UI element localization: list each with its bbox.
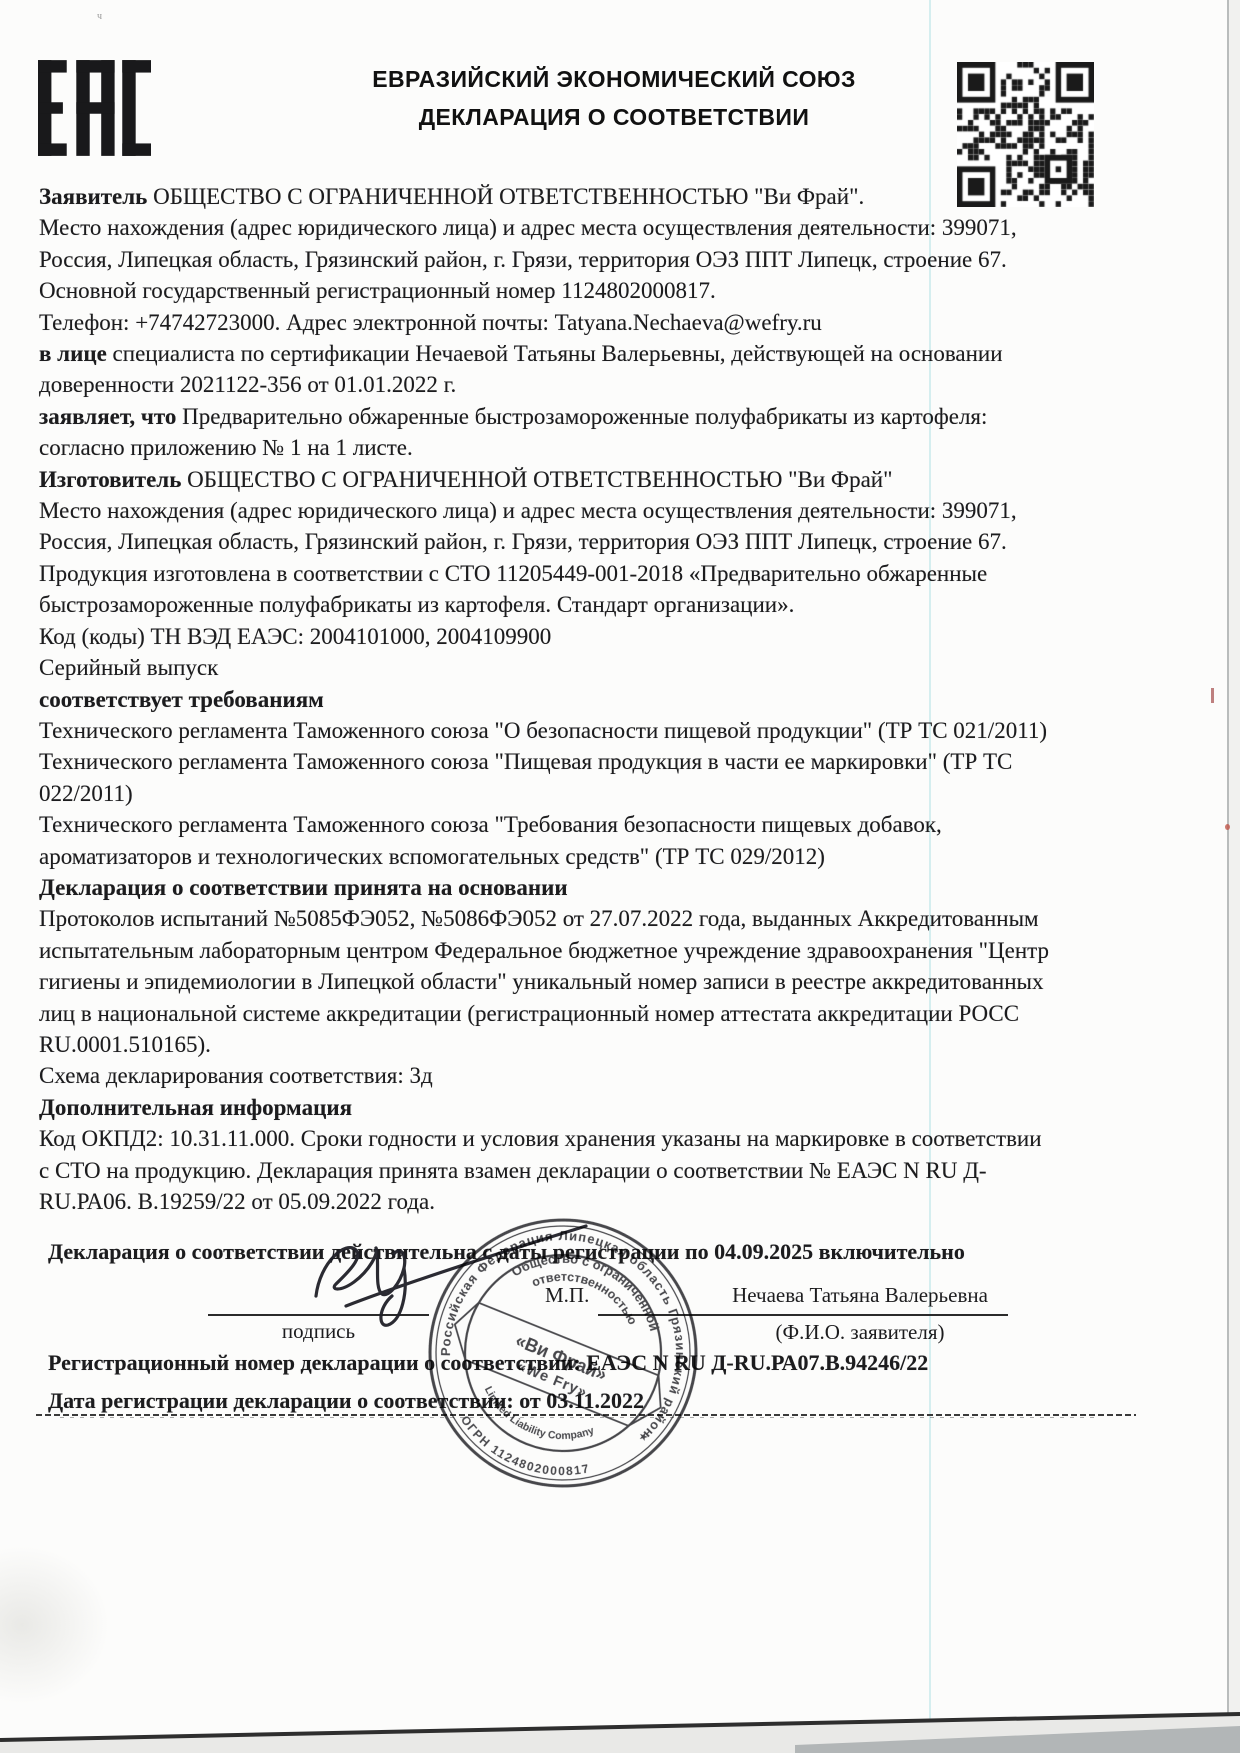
body-line: Серийный выпуск xyxy=(39,652,1119,683)
body-line: лиц в национальной системе аккредитации … xyxy=(39,998,1119,1029)
body-line: в лице специалиста по сертификации Нечае… xyxy=(39,338,1119,369)
body-line: Продукция изготовлена в соответствии с С… xyxy=(39,558,1119,589)
body-line: Декларация о соответствии принята на осн… xyxy=(39,872,1119,903)
stamp-outer-arc-top: Российская Федерация Липецкая область Гр… xyxy=(428,1190,725,1446)
body-line: быстрозамороженные полуфабрикаты из карт… xyxy=(39,589,1119,620)
body-line: Место нахождения (адрес юридического лиц… xyxy=(39,212,1119,243)
scan-speck: ч xyxy=(97,11,104,20)
body-line: Россия, Липецкая область, Грязинский рай… xyxy=(39,244,1119,275)
body-line: Технического регламента Таможенного союз… xyxy=(39,809,1119,840)
body-line: Место нахождения (адрес юридического лиц… xyxy=(39,495,1119,526)
body-line: Изготовитель ОБЩЕСТВО С ОГРАНИЧЕННОЙ ОТВ… xyxy=(39,464,1119,495)
body-line: с СТО на продукцию. Декларация принята в… xyxy=(39,1155,1119,1186)
red-ink-mark xyxy=(1211,688,1214,703)
body-line: Заявитель ОБЩЕСТВО С ОГРАНИЧЕННОЙ ОТВЕТС… xyxy=(39,181,1119,212)
body-line: RU.0001.510165). xyxy=(39,1029,1119,1060)
body-line: соответствует требованиям xyxy=(39,684,1119,715)
body-line: Код (коды) ТН ВЭД ЕАЭС: 2004101000, 2004… xyxy=(39,621,1119,652)
body-text: Заявитель ОБЩЕСТВО С ОГРАНИЧЕННОЙ ОТВЕТС… xyxy=(39,181,1119,1217)
body-line: Дополнительная информация xyxy=(39,1092,1119,1123)
body-line: 022/2011) xyxy=(39,778,1119,809)
body-line: заявляет, что Предварительно обжаренные … xyxy=(39,401,1119,432)
scan-shadow xyxy=(0,1545,110,1705)
declaration-document-page: ч ЕВРАЗИЙСКИЙ ЭКОНОМИЧЕСКИЙ СОЮЗ ДЕКЛАРА… xyxy=(0,0,1240,1753)
body-line: Технического регламента Таможенного союз… xyxy=(39,715,1119,746)
body-line: Россия, Липецкая область, Грязинский рай… xyxy=(39,526,1119,557)
body-line: Схема декларирования соответствия: 3д xyxy=(39,1060,1119,1091)
body-line: Основной государственный регистрационный… xyxy=(39,275,1119,306)
red-ink-dot xyxy=(1225,824,1230,830)
body-line: Код ОКПД2: 10.31.11.000. Сроки годности … xyxy=(39,1123,1119,1154)
body-line: ароматизаторов и технологических вспомог… xyxy=(39,841,1119,872)
body-line: Телефон: +74742723000. Адрес электронной… xyxy=(39,307,1119,338)
body-line: доверенности 2021122-356 от 01.01.2022 г… xyxy=(39,369,1119,400)
scan-bottom-edge xyxy=(0,1690,1240,1753)
body-line: гигиены и эпидемиологии в Липецкой облас… xyxy=(39,966,1119,997)
body-line: испытательным лабораторным центром Федер… xyxy=(39,935,1119,966)
scan-edge-line xyxy=(1227,0,1229,1753)
svg-text:Российская Федерация Липецкая: Российская Федерация Липецкая область Гр… xyxy=(428,1190,725,1446)
body-line: Протоколов испытаний №5085ФЭ052, №5086ФЭ… xyxy=(39,903,1119,934)
stamp-star: ★ xyxy=(636,1430,650,1445)
scan-edge-strip xyxy=(1229,0,1240,1753)
body-line: Технического регламента Таможенного союз… xyxy=(39,746,1119,777)
body-line: согласно приложению № 1 на 1 листе. xyxy=(39,432,1119,463)
